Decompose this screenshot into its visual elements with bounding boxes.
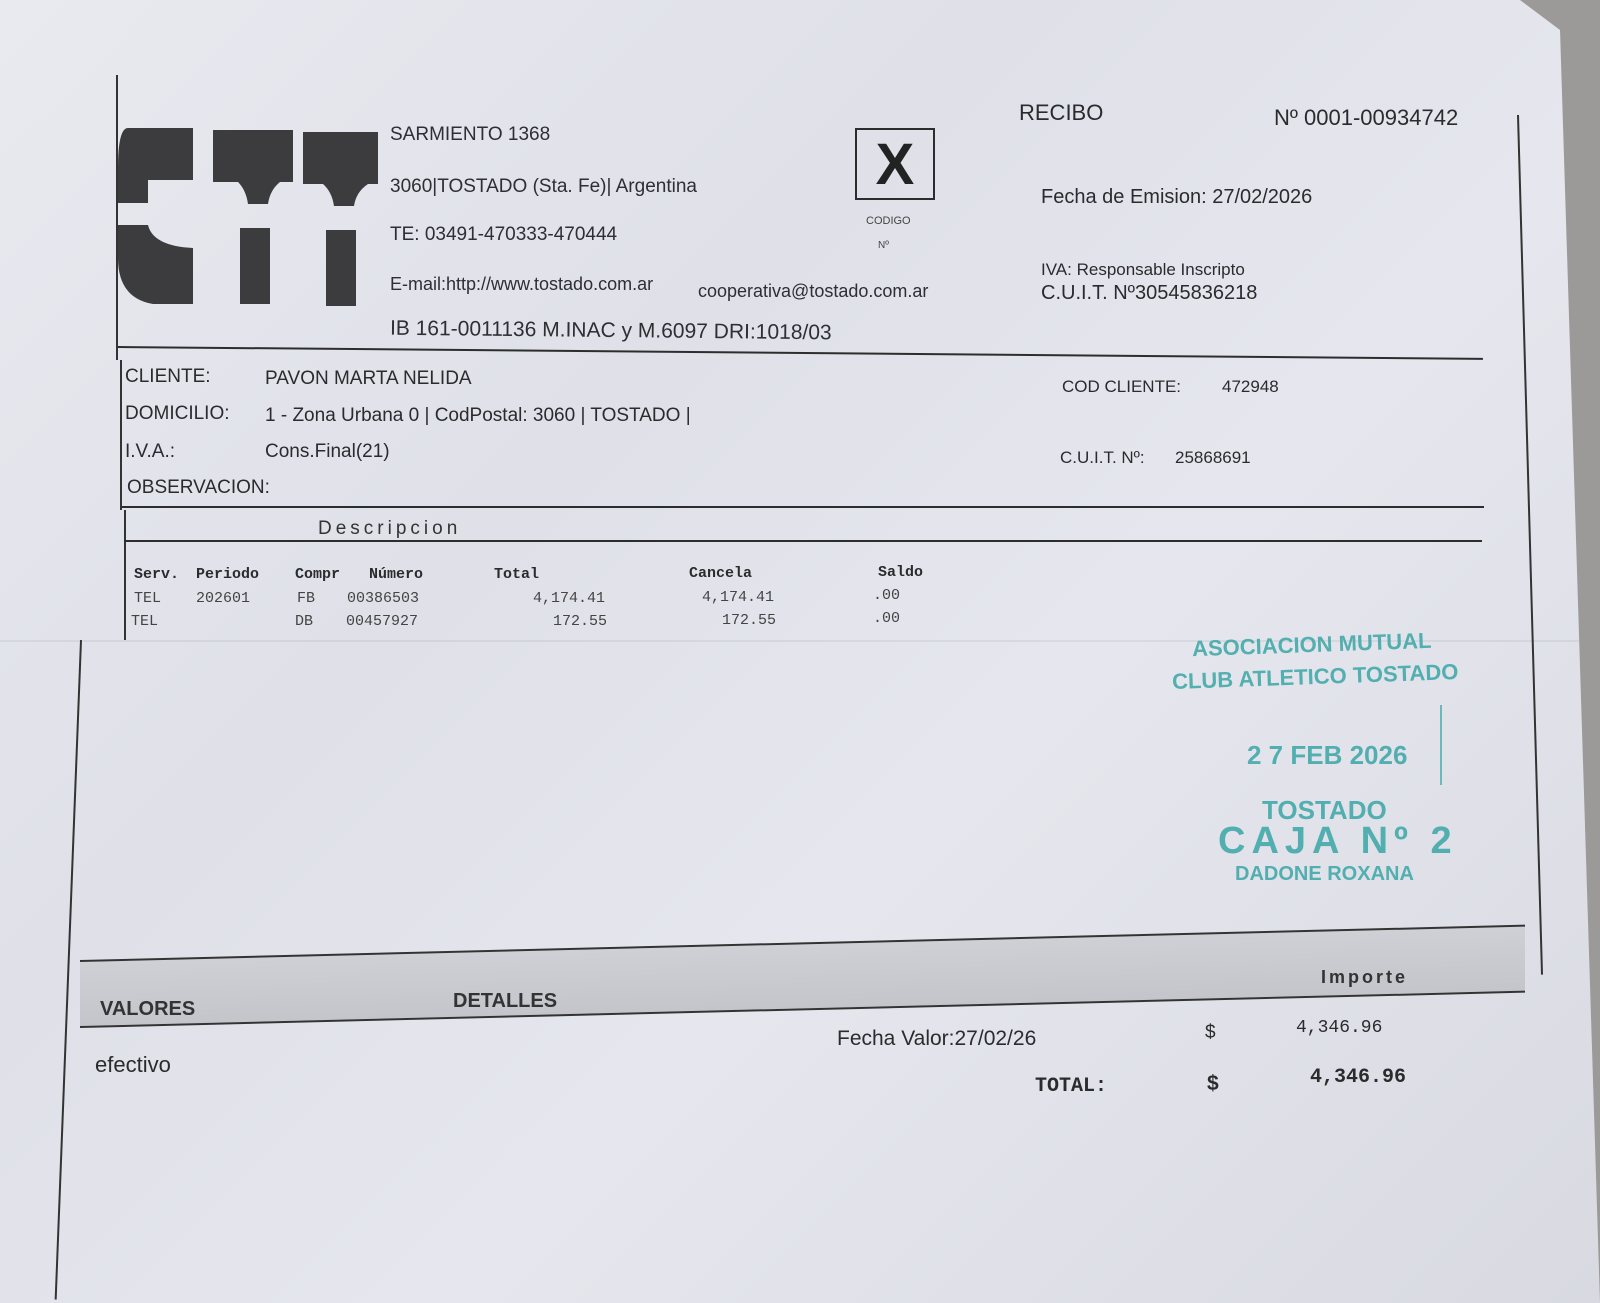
- cell-saldo: .00: [873, 587, 900, 604]
- invoice-type-box: X: [855, 128, 935, 200]
- company-web: E-mail:http://www.tostado.com.ar: [390, 274, 653, 295]
- total-currency: $: [1207, 1072, 1219, 1096]
- client-iva: Cons.Final(21): [265, 441, 390, 463]
- cell-compr: DB: [295, 613, 313, 630]
- company-phone: TE: 03491-470333-470444: [390, 224, 617, 246]
- col-detalles: DETALLES: [453, 990, 557, 1013]
- iva-label: I.V.A.:: [125, 441, 175, 463]
- frame-border: [124, 510, 126, 640]
- company-iva-status: IVA: Responsable Inscripto: [1041, 260, 1245, 280]
- stamp-border: [1440, 705, 1442, 785]
- company-registry: IB 161-0011136 M.INAC y M.6097 DRI:1018/…: [390, 317, 832, 346]
- cell-total: 4,174.41: [533, 590, 605, 607]
- client-code: 472948: [1222, 377, 1279, 397]
- cell-numero: 00386503: [347, 590, 419, 607]
- client-label: CLIENTE:: [125, 366, 211, 388]
- company-city: 3060|TOSTADO (Sta. Fe)| Argentina: [390, 176, 697, 198]
- cell-saldo: .00: [873, 610, 900, 627]
- frame-border: [1517, 115, 1543, 975]
- frame-border: [55, 640, 82, 1300]
- cell-total: 172.55: [553, 613, 607, 630]
- payment-amount: 4,346.96: [1296, 1018, 1382, 1038]
- cell-numero: 00457927: [346, 613, 418, 630]
- col-saldo: Saldo: [878, 564, 923, 581]
- cell-periodo: 202601: [196, 590, 250, 607]
- col-numero: Número: [369, 566, 423, 583]
- code-number-label: Nº: [878, 240, 889, 251]
- total-label: TOTAL:: [1035, 1075, 1107, 1098]
- company-email: cooperativa@tostado.com.ar: [698, 281, 928, 302]
- value-date: Fecha Valor:27/02/26: [837, 1027, 1036, 1051]
- stamp-line1: ASOCIACION MUTUAL: [1192, 628, 1432, 662]
- stamp-box: CAJA Nº 2: [1218, 820, 1458, 863]
- client-cuit: 25868691: [1175, 448, 1251, 468]
- client-address: 1 - Zona Urbana 0 | CodPostal: 3060 | TO…: [265, 405, 691, 427]
- cell-serv: TEL: [134, 590, 161, 607]
- company-address: SARMIENTO 1368: [390, 124, 550, 146]
- stamp-cashier: DADONE ROXANA: [1235, 863, 1414, 886]
- divider: [122, 506, 1484, 508]
- divider: [118, 346, 1483, 360]
- receipt-number: Nº 0001-00934742: [1274, 105, 1458, 131]
- payment-method: efectivo: [95, 1052, 171, 1078]
- issue-date: Fecha de Emision: 27/02/2026: [1041, 186, 1312, 209]
- frame-border: [120, 360, 122, 510]
- stamp-date: 2 7 FEB 2026: [1247, 740, 1407, 771]
- col-importe: Importe: [1321, 967, 1408, 988]
- cell-cancela: 4,174.41: [702, 589, 774, 606]
- description-title: Descripcion: [318, 518, 461, 540]
- col-periodo: Periodo: [196, 566, 259, 583]
- company-cuit: C.U.I.T. Nº30545836218: [1041, 282, 1257, 305]
- code-label: CODIGO: [866, 215, 911, 227]
- address-label: DOMICILIO:: [125, 403, 230, 425]
- col-cancela: Cancela: [689, 565, 752, 582]
- client-cuit-label: C.U.I.T. Nº:: [1060, 448, 1145, 468]
- stamp-line2: CLUB ATLETICO TOSTADO: [1172, 659, 1459, 695]
- cell-compr: FB: [297, 590, 315, 607]
- ctt-logo: [118, 128, 378, 310]
- col-total: Total: [494, 566, 539, 583]
- payment-header-band: [80, 925, 1525, 1028]
- divider: [124, 540, 1482, 542]
- total-amount: 4,346.96: [1310, 1066, 1406, 1089]
- col-serv: Serv.: [134, 566, 179, 583]
- receipt-paper: SARMIENTO 1368 3060|TOSTADO (Sta. Fe)| A…: [0, 0, 1600, 1303]
- cell-cancela: 172.55: [722, 612, 776, 629]
- col-valores: VALORES: [100, 998, 195, 1021]
- col-compr: Compr: [295, 566, 340, 583]
- client-code-label: COD CLIENTE:: [1062, 377, 1181, 397]
- cell-serv: TEL: [131, 613, 158, 630]
- client-name: PAVON MARTA NELIDA: [265, 368, 472, 390]
- invoice-type-letter: X: [876, 131, 915, 198]
- currency-symbol: $: [1205, 1022, 1216, 1044]
- receipt-type: RECIBO: [1019, 100, 1103, 126]
- observation-label: OBSERVACION:: [127, 477, 270, 499]
